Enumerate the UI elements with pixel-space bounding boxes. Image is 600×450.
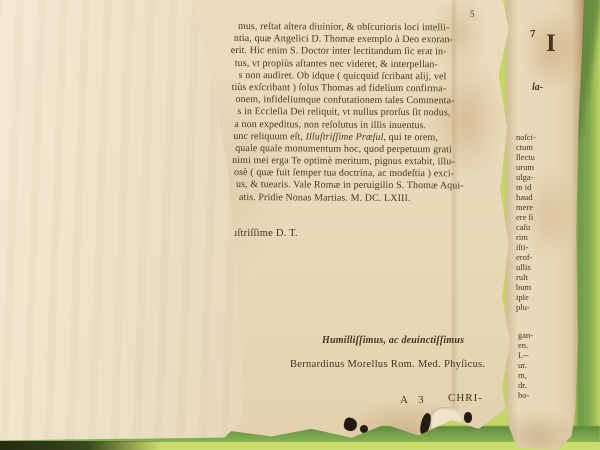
text-fragment: en. xyxy=(518,340,564,350)
wormhole xyxy=(464,412,472,423)
strip-page-number: 7 xyxy=(530,28,536,40)
body-line: atis. Pridie Nonas Martias. M. DC. LXIII… xyxy=(239,192,464,206)
strip-drop-initial: I xyxy=(546,30,557,58)
gathering-signature: A 3 xyxy=(400,394,428,406)
author-signature: Bernardinus Morellus Rom. Med. Phyſicus. xyxy=(290,359,485,370)
body-line: tus, vt propiùs aſtantes nec videret, & … xyxy=(235,58,465,72)
text-fragment: L-- xyxy=(518,350,564,360)
text-fragment: gan- xyxy=(518,330,564,340)
text-fragment: ctum xyxy=(516,142,562,152)
dedication-text-block: mus, reſtat altera diuinior, & obſcurior… xyxy=(233,21,465,205)
dedicatee-italic: Illuſtriſſime Præſul xyxy=(306,131,384,142)
line-pre: unc reliquum eſt, xyxy=(233,131,305,142)
body-line: us, & tuearis. Vale Romæ in peruigilio S… xyxy=(236,179,464,193)
text-fragment: plu- xyxy=(516,302,562,312)
text-fragment: ipſe xyxy=(516,292,562,302)
page-number: 5 xyxy=(470,9,475,19)
text-fragment: caſu xyxy=(516,222,562,232)
text-fragment: m id xyxy=(516,182,562,192)
text-fragment: llectu xyxy=(516,152,562,162)
text-fragment: ullis xyxy=(516,262,562,272)
text-fragment: bum xyxy=(516,282,562,292)
strip-italic-fragment: la- xyxy=(532,82,543,93)
wormhole xyxy=(343,417,359,433)
line-post: , qui te orem, xyxy=(383,132,438,143)
closing-phrase: Humilliſſimus, ac deuinctiſſimus xyxy=(322,335,464,346)
catchword: CHRI- xyxy=(448,392,483,404)
body-line: s in Eccleſia Dei reliquit, vt nullus pr… xyxy=(237,106,464,120)
text-fragment: urum xyxy=(516,162,562,172)
text-fragment: ho- xyxy=(518,390,564,400)
text-fragment: rim xyxy=(516,232,562,242)
book-cover-edge xyxy=(0,441,160,450)
book-photo: 7 I la- noſci- ctum llectu urum ulga- m … xyxy=(0,0,600,450)
strip-text-fragments-upper: noſci- ctum llectu urum ulga- m id haud … xyxy=(516,132,562,312)
text-fragment: iſti- xyxy=(516,242,562,252)
strip-text-fragments-lower: gan- en. L-- ur. m, dr. ho- xyxy=(518,330,564,400)
body-line: erit. Hic enim S. Doctor inter lectitand… xyxy=(231,45,465,59)
text-fragment: ere ſi xyxy=(516,212,562,222)
text-fragment: ur. xyxy=(518,360,564,370)
text-fragment: dr. xyxy=(518,380,564,390)
torn-page-strip: 7 I la- noſci- ctum llectu urum ulga- m … xyxy=(506,0,584,450)
text-fragment: noſci- xyxy=(516,132,562,142)
text-fragment: mere xyxy=(516,202,562,212)
text-fragment: m, xyxy=(518,370,564,380)
text-fragment: rult xyxy=(516,272,562,282)
text-fragment: haud xyxy=(516,192,562,202)
text-fragment: erof- xyxy=(516,252,562,262)
text-fragment: ulga- xyxy=(516,172,562,182)
